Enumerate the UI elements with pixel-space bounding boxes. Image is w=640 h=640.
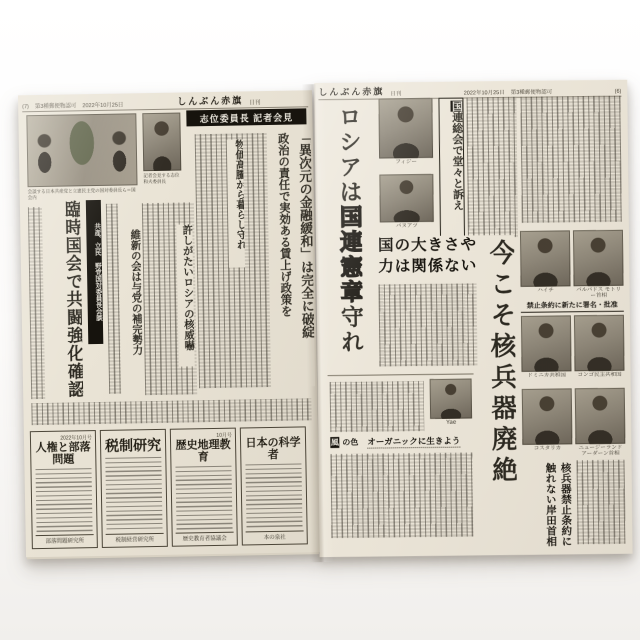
photo-caption-meeting: 会談する日本共産党と立憲民主党の国対委員長ら＝国会内 (28, 187, 138, 200)
ad-body-text (175, 466, 232, 530)
photo-party-meeting (26, 113, 137, 187)
newspaper-photo: (7) 第3種郵便物認可 2022年10月25日 しんぶん赤旗 日刊 会談する日… (0, 0, 640, 640)
headline-line1: 核兵器禁止条約に (557, 462, 573, 550)
headline-price-surge: 物価高騰から暮らし守れ (227, 139, 245, 267)
photo-shii-portrait (142, 113, 181, 172)
newspaper-page-right: しんぶん赤旗 日刊 2022年10月25日 第3種郵便物認可 (6) ロシアは国… (314, 80, 632, 558)
photo-dr-congo (574, 315, 625, 372)
headline-russia-nuclear-threat: 許しがたいロシアの核威嚇 (176, 224, 194, 366)
issue-date: 2022年10月25日 (82, 101, 123, 110)
headline-ishin-complement: 維新の会は与党の補完勢力 (124, 229, 143, 373)
headline-rest: 連総会で堂々と訴え (451, 112, 464, 211)
caption-treaty-signers: 禁止条約に新たに署名・批准 (521, 300, 624, 313)
headline-line2: 触れない岸田首相 (542, 463, 558, 551)
newspaper-page-left: (7) 第3種郵便物認可 2022年10月25日 しんぶん赤旗 日刊 会談する日… (18, 90, 320, 557)
body-text-columns (106, 204, 121, 394)
postal-note: 第3種郵便物認可 (511, 88, 553, 96)
headline-part-outline: 国連憲章 (337, 205, 364, 305)
body-text-columns (577, 460, 626, 545)
caption-dominican-republic: ドミニカ共和国 (522, 372, 572, 383)
banner-shii-press-conference: 志位委員長 記者会見 (186, 108, 306, 126)
newspaper-spread: (7) 第3種郵便物認可 2022年10月25日 しんぶん赤旗 日刊 会談する日… (18, 79, 636, 570)
caption-dr-congo: コンゴ民主共和国 (575, 372, 625, 383)
caption-haiti: ハイチ (521, 287, 571, 298)
column-title-organic-living: オーガニックに生きよう (367, 435, 460, 449)
ad-tax-research: 税制研究 税制経営研究所 (100, 429, 168, 548)
ad-body-text (105, 457, 162, 531)
ad-publisher: 部落問題研究所 (36, 534, 94, 545)
ad-history-geography-education: 10月号 歴史地理教育 歴史教育者協議会 (170, 428, 238, 547)
ad-title: 税制研究 (104, 439, 162, 455)
column-name-first-char: 風 (330, 437, 339, 448)
photo-barbados (573, 230, 624, 287)
edition-label: 日刊 (249, 98, 260, 106)
ad-title: 歴史地理教育 (174, 439, 232, 464)
tag-opposition-meeting: 共産、立民 野党国対委員長会談 (86, 200, 104, 344)
body-text-columns (28, 207, 45, 399)
headline-diet-cooperation: 臨時国会で共闘強化確認 (44, 200, 84, 403)
column-kaze-no-iro: Yae 風 の色 オーガニックに生きよう (328, 373, 476, 544)
edition-label: 日刊 (390, 89, 401, 97)
headline-russia-un-charter: ロシアは国連憲章守れ (324, 105, 363, 369)
photo-new-zealand (575, 388, 626, 445)
photo-caption-vanuatu: バヌアツ (380, 223, 434, 234)
body-text-columns (330, 381, 425, 432)
photo-un-speaker-1 (378, 98, 433, 159)
ad-publisher: 本の泉社 (246, 530, 304, 541)
photo-dominican-republic (521, 315, 572, 372)
ad-body-text (245, 464, 302, 529)
headline-first-char-inverted: 国 (450, 101, 463, 112)
headline-part-plain: 守れ (338, 305, 364, 355)
headline-abolish-nuclear-weapons: 今こそ核兵器廃絶 (480, 239, 517, 521)
photo-haiti (520, 230, 571, 287)
headline-un-assembly-appeal: 国連総会で堂々と訴え (438, 98, 465, 256)
body-text-columns (520, 96, 621, 223)
headline-monetary-easing: 「異次元の金融緩和」は完全に破綻 (291, 130, 315, 386)
photo-caption-fiji: フィジー (379, 159, 433, 170)
page-number: (7) (22, 104, 29, 110)
caption-barbados: バルバドス モトリー首相 (574, 287, 624, 298)
photo-yae (430, 378, 472, 418)
postal-note: 第3種郵便物認可 (35, 101, 77, 110)
column-header: 風 の色 オーガニックに生きよう (330, 434, 472, 449)
caption-yae: Yae (430, 419, 472, 428)
body-text-columns (330, 452, 473, 538)
ad-publisher: 歴史教育者協議会 (176, 532, 234, 543)
ad-human-rights-buraku: 2022年10月号 人権と部落問題 部落問題研究所 (30, 430, 98, 549)
ad-publisher: 税制経営研究所 (106, 533, 164, 544)
photo-un-speaker-2 (379, 174, 434, 223)
headline-kishida-ban-treaty: 核兵器禁止条約に 触れない岸田首相 (541, 462, 574, 550)
ad-title: 日本の科学者 (244, 436, 302, 461)
masthead: しんぶん赤旗 (318, 84, 384, 98)
ad-title: 人権と部落問題 (34, 441, 92, 466)
photo-costa-rica (522, 388, 573, 445)
headline-wage-policy: 政治の責任で実効ある賃上げ政策を (271, 133, 293, 379)
body-text-columns (466, 97, 518, 238)
issue-date: 2022年10月25日 (464, 88, 505, 96)
masthead: しんぶん赤旗 (177, 93, 243, 107)
column-name-rest: の色 (342, 437, 358, 448)
photo-caption-shii: 記者会見する志位和夫委員長 (143, 173, 181, 187)
ad-body-text (35, 468, 92, 532)
caption-new-zealand: ニュージーランド アーダーン首相 (575, 445, 625, 456)
caption-costa-rica: コスタリカ (522, 445, 572, 456)
ad-japanese-scientists: 日本の科学者 本の泉社 (240, 426, 308, 545)
headline-part-plain: ロシアは (335, 105, 362, 205)
page-number: (6) (615, 89, 622, 95)
body-text-columns (379, 283, 478, 366)
